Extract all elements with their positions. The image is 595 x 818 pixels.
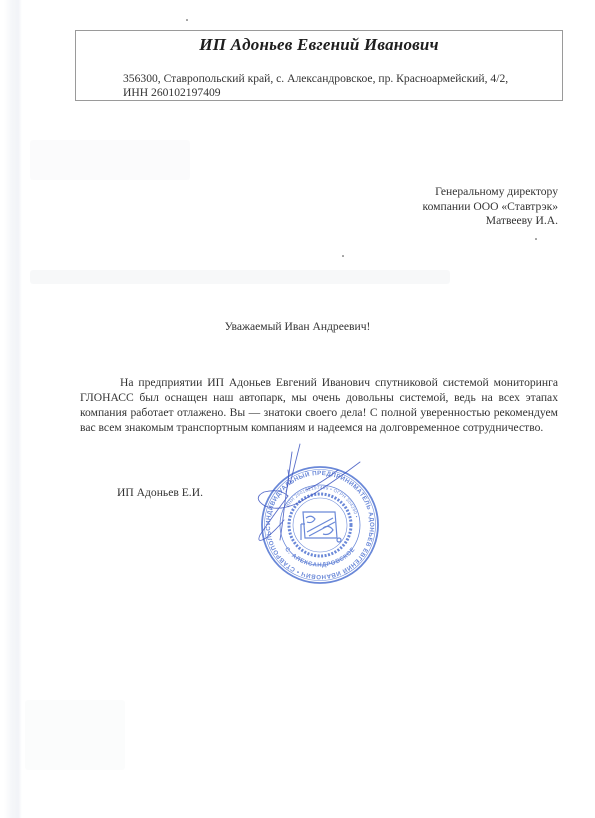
salutation: Уважаемый Иван Андреевич! bbox=[0, 320, 595, 333]
inn-line: ИНН 260102197409 bbox=[123, 86, 508, 100]
signatory: ИП Адоньев Е.И. bbox=[117, 486, 203, 499]
recipient-block: Генеральному директору компании ООО «Ста… bbox=[423, 185, 558, 229]
company-address: 356300, Ставропольский край, с. Александ… bbox=[123, 72, 508, 100]
signature-icon bbox=[230, 440, 390, 560]
bleed-through-artifact bbox=[30, 140, 190, 180]
recipient-name: Матвееву И.А. bbox=[423, 214, 558, 229]
speck bbox=[186, 19, 188, 21]
bleed-through-artifact bbox=[30, 270, 450, 284]
recipient-title: Генеральному директору bbox=[423, 185, 558, 200]
letterhead: ИП Адоньев Евгений Иванович 356300, Став… bbox=[75, 30, 563, 101]
company-name: ИП Адоньев Евгений Иванович bbox=[76, 35, 562, 55]
recipient-company: компании ООО «Ставтрэк» bbox=[423, 200, 558, 215]
speck bbox=[342, 255, 344, 257]
speck bbox=[535, 238, 537, 240]
address-line: 356300, Ставропольский край, с. Александ… bbox=[123, 72, 508, 86]
body-paragraph: На предприятии ИП Адоньев Евгений Иванов… bbox=[80, 375, 558, 435]
scan-edge-shadow bbox=[4, 0, 22, 818]
bleed-through-artifact bbox=[25, 700, 125, 770]
